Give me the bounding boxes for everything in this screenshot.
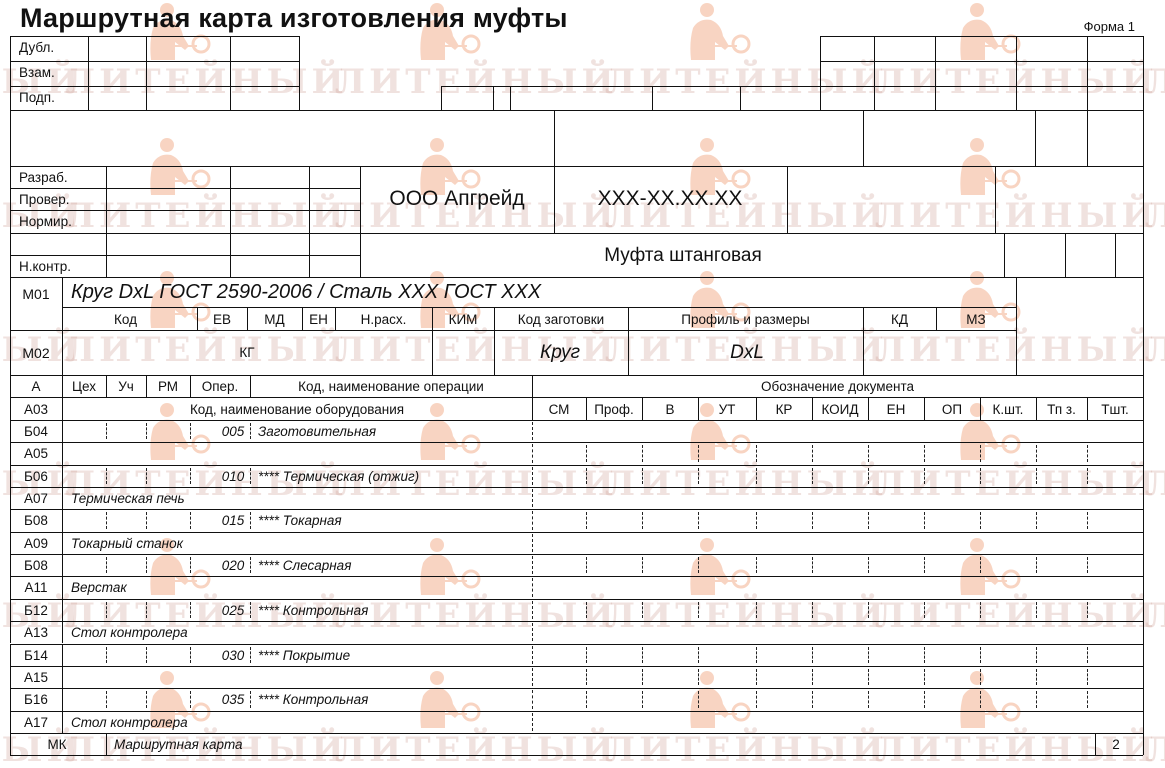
grid-line xyxy=(1095,733,1096,755)
row-code: Б16 xyxy=(24,693,48,707)
part-name: Муфта штанговая xyxy=(604,246,761,265)
signature-field[interactable] xyxy=(309,233,360,255)
signature-field[interactable] xyxy=(309,255,360,277)
operation-col-header: Код, наименование операции xyxy=(298,380,484,394)
route-row-field[interactable] xyxy=(62,621,1143,643)
grid-line xyxy=(10,110,1143,111)
grid-line xyxy=(247,307,248,330)
grid-line xyxy=(1087,110,1088,166)
signature-label-2: Нормир. xyxy=(19,215,72,229)
row-code: А xyxy=(31,380,40,394)
grid-line xyxy=(1143,277,1144,755)
approval-label-0: Дубл. xyxy=(19,41,54,55)
material-col-header: Н.расх. xyxy=(361,313,407,327)
grid-line xyxy=(10,277,11,375)
grid-line xyxy=(62,397,63,420)
route-row-field[interactable] xyxy=(62,599,1143,621)
route-row-field[interactable] xyxy=(62,487,1143,509)
signature-field[interactable] xyxy=(106,255,230,277)
grid-line xyxy=(698,397,699,420)
grid-line xyxy=(10,509,11,531)
grid-line xyxy=(190,375,191,397)
grid-line xyxy=(652,86,653,110)
row-code: Б14 xyxy=(24,649,48,663)
route-row-field[interactable] xyxy=(62,711,1143,733)
grid-line xyxy=(1087,36,1088,110)
signature-field[interactable] xyxy=(106,210,230,233)
equipment-col-header: Код, наименование оборудования xyxy=(190,403,404,417)
grid-line xyxy=(642,397,643,420)
grid-line xyxy=(1065,233,1066,277)
grid-line xyxy=(740,86,741,110)
grid-line xyxy=(820,36,1143,37)
grid-line xyxy=(10,599,11,621)
norm-col-header: В xyxy=(665,403,674,417)
grid-line xyxy=(586,397,587,420)
blank-code-value: Круг xyxy=(540,343,580,362)
grid-line xyxy=(532,397,533,420)
grid-line xyxy=(863,307,864,330)
grid-line xyxy=(10,420,11,442)
grid-line xyxy=(10,442,11,464)
norm-col-header: Тп з. xyxy=(1047,403,1076,417)
organization-name: ООО Апгрейд xyxy=(389,188,524,209)
grid-line xyxy=(868,397,869,420)
operation-col-header: Цех xyxy=(72,380,96,394)
grid-line xyxy=(360,233,1143,234)
grid-line xyxy=(494,330,495,375)
norm-col-header: Тшт. xyxy=(1101,403,1129,417)
grid-line xyxy=(494,307,495,330)
row-code: А07 xyxy=(24,492,48,506)
grid-line xyxy=(863,330,864,375)
grid-line xyxy=(554,110,555,166)
route-row-field[interactable] xyxy=(62,420,1143,442)
grid-line xyxy=(628,307,629,330)
route-row-field[interactable] xyxy=(62,576,1143,598)
route-row-field[interactable] xyxy=(62,442,1143,464)
unit-value: КГ xyxy=(239,346,254,360)
grid-line xyxy=(10,532,11,554)
grid-line xyxy=(936,307,937,330)
grid-line xyxy=(1143,36,1144,110)
profile-value: DxL xyxy=(730,343,764,362)
signature-field[interactable] xyxy=(230,210,309,233)
grid-line xyxy=(980,397,981,420)
grid-line xyxy=(62,375,63,397)
material-designation: Круг DxL ГОСТ 2590-2006 / Сталь ХХХ ГОСТ… xyxy=(71,282,541,302)
grid-line xyxy=(874,36,875,110)
grid-line xyxy=(10,330,1016,331)
grid-line xyxy=(510,86,511,110)
grid-line xyxy=(1143,166,1144,277)
document-code: ХХХ-ХХ.ХХ.ХХ xyxy=(598,188,743,209)
signature-field[interactable] xyxy=(230,188,309,210)
grid-line xyxy=(299,36,300,110)
material-col-header: МД xyxy=(264,313,284,327)
row-code: А15 xyxy=(24,671,48,685)
grid-line xyxy=(106,375,107,397)
grid-line xyxy=(10,688,11,710)
operation-col-header: Обозначение документа xyxy=(761,380,914,394)
route-row-field[interactable] xyxy=(62,666,1143,688)
norm-col-header: К.шт. xyxy=(993,403,1024,417)
grid-line xyxy=(10,755,1143,756)
grid-line xyxy=(935,36,936,110)
grid-line xyxy=(10,733,1143,734)
grid-line xyxy=(10,36,11,110)
signature-field[interactable] xyxy=(106,166,230,188)
grid-line xyxy=(62,307,63,330)
footer-name: Маршрутная карта xyxy=(114,738,243,752)
signature-label-4: Н.контр. xyxy=(19,260,71,274)
material-col-header: ЕН xyxy=(309,313,328,327)
row-code: А11 xyxy=(24,581,47,595)
m02-code: М02 xyxy=(22,346,49,360)
grid-line xyxy=(10,554,11,576)
row-code: Б08 xyxy=(24,514,48,528)
grid-line xyxy=(10,644,11,666)
material-col-header: Профиль и размеры xyxy=(681,313,809,327)
grid-line xyxy=(432,330,433,375)
signature-field[interactable] xyxy=(309,188,360,210)
grid-line xyxy=(250,375,251,397)
grid-line xyxy=(820,61,1143,62)
grid-line xyxy=(493,86,494,110)
grid-line xyxy=(787,166,788,233)
row-code: Б04 xyxy=(24,425,48,439)
norm-col-header: СМ xyxy=(549,403,570,417)
approval-field[interactable] xyxy=(146,86,230,110)
m01-code: М01 xyxy=(22,287,49,301)
route-row-field[interactable] xyxy=(62,644,1143,666)
grid-line xyxy=(10,487,11,509)
grid-line xyxy=(1035,110,1036,166)
grid-line xyxy=(441,86,442,110)
route-row-field[interactable] xyxy=(62,532,1143,554)
grid-line xyxy=(10,733,11,755)
grid-line xyxy=(1143,110,1144,166)
route-row-field[interactable] xyxy=(62,509,1143,531)
grid-line xyxy=(197,307,198,330)
approval-field[interactable] xyxy=(146,36,230,61)
signature-label-1: Провер. xyxy=(19,193,70,207)
grid-line xyxy=(863,110,864,166)
approval-field[interactable] xyxy=(88,61,146,86)
material-col-header: Код заготовки xyxy=(518,313,604,327)
row-code: Б08 xyxy=(24,559,48,573)
grid-line xyxy=(924,397,925,420)
grid-line xyxy=(432,307,433,330)
material-col-header: Код xyxy=(114,313,137,327)
signature-field[interactable] xyxy=(309,166,360,188)
signature-field[interactable] xyxy=(106,188,230,210)
route-row-field[interactable] xyxy=(62,554,1143,576)
grid-line xyxy=(554,166,555,233)
material-col-header: ЕВ xyxy=(213,313,231,327)
norm-col-header: ЕН xyxy=(887,403,906,417)
row-code: А09 xyxy=(24,537,48,551)
grid-line xyxy=(10,465,11,487)
grid-line xyxy=(62,307,1016,308)
grid-line xyxy=(1115,233,1116,277)
grid-line xyxy=(10,711,11,733)
grid-line xyxy=(10,277,1143,278)
grid-line xyxy=(335,307,336,330)
signature-field[interactable] xyxy=(106,233,230,255)
operation-col-header: Опер. xyxy=(202,380,239,394)
material-col-header: КИМ xyxy=(449,313,478,327)
grid-line xyxy=(441,86,820,87)
approval-field[interactable] xyxy=(230,61,299,86)
norm-col-header: Проф. xyxy=(594,403,634,417)
grid-line xyxy=(1087,397,1088,420)
approval-field[interactable] xyxy=(88,36,146,61)
approval-field[interactable] xyxy=(146,61,230,86)
row-code: А03 xyxy=(24,403,48,417)
grid-line xyxy=(10,375,1143,376)
signature-label-0: Разраб. xyxy=(19,171,68,185)
signature-field[interactable] xyxy=(230,255,309,277)
page-number: 2 xyxy=(1112,738,1120,752)
approval-field[interactable] xyxy=(230,86,299,110)
grid-line xyxy=(10,166,11,277)
grid-line xyxy=(10,666,11,688)
row-code: Б06 xyxy=(24,470,48,484)
approval-label-1: Взам. xyxy=(19,66,55,80)
material-col-header: МЗ xyxy=(966,313,985,327)
grid-line xyxy=(1004,233,1005,277)
approval-label-2: Подп. xyxy=(19,91,55,105)
material-col-header: КД xyxy=(891,313,908,327)
grid-line xyxy=(10,397,1143,398)
grid-line xyxy=(820,86,1143,87)
row-code: А17 xyxy=(24,716,48,730)
grid-line xyxy=(1036,397,1037,420)
norm-col-header: КОИД xyxy=(821,403,858,417)
grid-line xyxy=(146,375,147,397)
signature-field[interactable] xyxy=(230,166,309,188)
norm-col-header: ОП xyxy=(942,403,962,417)
grid-line xyxy=(756,397,757,420)
grid-line xyxy=(10,397,11,420)
grid-line xyxy=(532,375,533,397)
signature-field[interactable] xyxy=(309,210,360,233)
grid-line xyxy=(10,576,11,598)
approval-field[interactable] xyxy=(88,86,146,110)
grid-line xyxy=(812,397,813,420)
grid-line xyxy=(995,166,996,233)
grid-line xyxy=(106,733,107,755)
grid-line xyxy=(1016,36,1017,110)
grid-line xyxy=(302,307,303,330)
grid-line xyxy=(628,330,629,375)
approval-field[interactable] xyxy=(230,36,299,61)
footer-code: МК xyxy=(47,738,66,752)
grid-line xyxy=(1143,397,1144,420)
signature-field[interactable] xyxy=(230,233,309,255)
operation-col-header: РМ xyxy=(158,380,178,394)
grid-line xyxy=(1016,307,1017,330)
grid-line xyxy=(360,166,361,277)
grid-line xyxy=(10,375,11,397)
grid-line xyxy=(10,110,11,166)
grid-line xyxy=(820,86,821,110)
norm-col-header: УТ xyxy=(719,403,736,417)
grid-line xyxy=(10,621,11,643)
row-code: А13 xyxy=(24,626,48,640)
route-row-field[interactable] xyxy=(62,688,1143,710)
row-code: Б12 xyxy=(24,604,48,618)
operation-col-header: Уч xyxy=(118,380,134,394)
norm-col-header: КР xyxy=(776,403,793,417)
route-card-form: Дубл.Взам.Подп.Разраб.Провер.Нормир.Н.ко… xyxy=(0,0,1165,768)
route-row-field[interactable] xyxy=(62,465,1143,487)
row-code: А05 xyxy=(24,447,48,461)
